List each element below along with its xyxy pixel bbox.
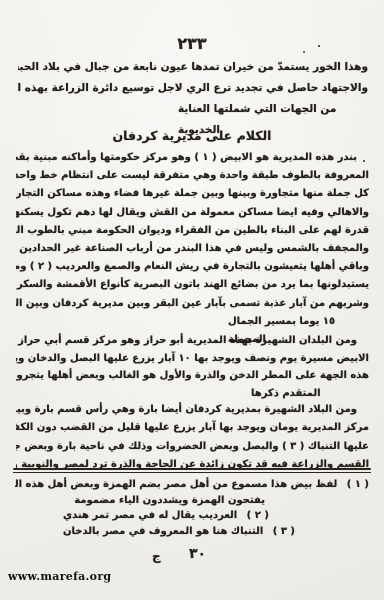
text-line: عليها التنباك ( ٣ ) والبصل وبعض الخضروات… <box>16 438 369 456</box>
scan-speck <box>303 51 305 53</box>
paragraph-bara: ومن البلاد الشهيرة بمديرية كردفان أيضا ب… <box>16 401 369 474</box>
text-line: وهذا الخور يستمدّ من خيران تمدها عيون نا… <box>18 57 368 78</box>
footnote-3: ( ٣ ) التنباك هنا هو المعروف في مصر بالد… <box>15 524 369 540</box>
scan-speck <box>318 45 320 47</box>
text-line: وشربهم من آبار عذبة تسمى بآبار عين البقر… <box>16 295 369 313</box>
text-line: والاهالي وفيه ايضا مساكن معمولة من القش … <box>16 204 369 222</box>
text-line: هذه الجهة على المطر الدخن والذرة والأول … <box>16 367 369 385</box>
footnote-1-continuation: يفتحون الهمزة ويشددون الياء مضمومة <box>15 493 369 509</box>
paragraph-abu-haraz: ومن البلدان الشهيرة بهذه المديرية أبو حر… <box>16 332 369 402</box>
footnote-text: التنباك هنا هو المعروف في مصر بالدخان <box>63 526 263 537</box>
quire-signature: ٣٠ ج <box>0 546 384 568</box>
section-heading: الكلام على مديرية كردفان <box>0 128 384 143</box>
scanned-book-page: ٢٣٣ وهذا الخور يستمدّ من خيران تمدها عيو… <box>0 0 384 600</box>
footnote-marker: ( ١ ) <box>347 477 369 493</box>
marefa-watermark: www.marefa.org <box>8 570 111 583</box>
footnote-text: لفظ بيض هذا مسموع من أهل مصر بضم الهمزة … <box>15 479 337 490</box>
text-line: المعروفة بالطوف طبقة واحدة وهي متفرقة لي… <box>16 167 369 185</box>
text-line: والمجفف بالشمس وليس في هذا البندر من أرب… <box>16 240 369 258</box>
text-line: مركز المديرية يومان ويوجد بها آبار يزرع … <box>16 419 369 437</box>
paragraph-el-obeid: بندر هذه المديرية هو الابيض ( ١ ) وهو مر… <box>16 149 369 349</box>
footnote-text: العرديب يقال له في مصر تمر هندي <box>63 510 237 521</box>
text-line: الابيض مسيرة يوم ونصف ويوجد بها ١٠ آبار … <box>16 350 369 368</box>
quire-number: ٣٠ <box>189 546 206 562</box>
text-line: قدرة لهم على البناء بالطين من الفقراء ود… <box>16 222 369 240</box>
footnotes-block: ( ١ ) لفظ بيض هذا مسموع من أهل مصر بضم ا… <box>15 477 369 539</box>
footnote-marker: ( ٣ ) <box>273 524 295 540</box>
divider-thin-line <box>13 472 371 473</box>
text-line: ومن البلاد الشهيرة بمديرية كردفان أيضا ب… <box>16 401 369 419</box>
footnote-text: يفتحون الهمزة ويشددون الياء مضمومة <box>74 495 265 506</box>
footnote-divider <box>13 468 371 472</box>
footnote-1: ( ١ ) لفظ بيض هذا مسموع من أهل مصر بضم ا… <box>15 477 369 493</box>
text-line: كل جملة منها متجاورة وبينها وبين جملة غي… <box>16 185 369 203</box>
footnote-marker: ( ٢ ) <box>247 508 269 524</box>
footnote-2: ( ٢ ) العرديب يقال له في مصر تمر هندي <box>15 508 369 524</box>
text-line: والاجتهاد حاصل في تجديد ترع الري لاجل تو… <box>18 78 368 99</box>
page-number: ٢٣٣ <box>0 34 384 53</box>
text-line: يستبدلونها بما يرد من بضائع الهند باتون … <box>16 276 369 294</box>
text-line: بندر هذه المديرية هو الابيض ( ١ ) وهو مر… <box>16 149 369 167</box>
quire-letter: ج <box>152 549 161 563</box>
text-line: ومن البلدان الشهيرة بهذه المديرية أبو حر… <box>16 332 369 350</box>
divider-thick-line <box>13 468 371 470</box>
text-line: وباقي أهلها يتعيشون بالتجارة في ريش النع… <box>16 258 369 276</box>
text-line: المتقدم ذكرها <box>16 385 369 403</box>
